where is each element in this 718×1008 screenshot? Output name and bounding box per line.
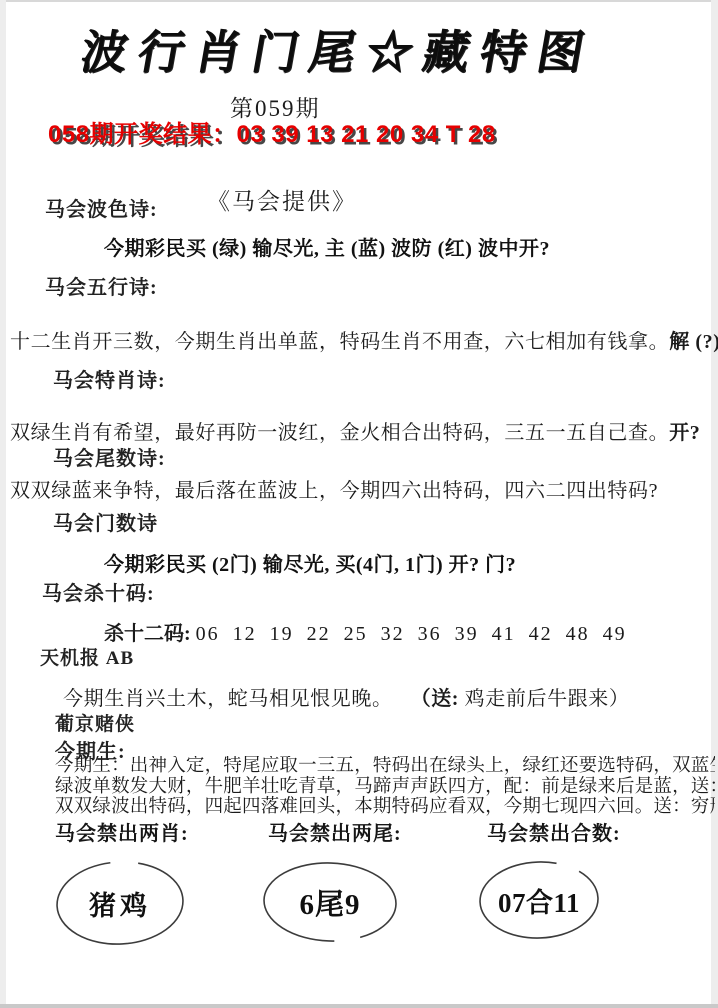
poem-wuxing-answer: 解 (?) (669, 331, 718, 353)
sha12-numbers: 06 12 19 22 25 32 36 39 41 42 48 49 (196, 623, 627, 645)
forbidden-hesum-value: 07合11 (477, 859, 601, 941)
section-label-pujing: 葡京赌侠 (55, 709, 135, 736)
forbidden-hesum-oval: 07合11 (477, 859, 601, 941)
previous-draw-result: 058期开奖结果：03 39 13 21 20 34 T 28 (48, 114, 496, 149)
section-label-weishu: 马会尾数诗: (53, 442, 166, 471)
pujing-line-2: 绿波单数发大财，牛肥羊壮吃青草，马蹄声声跃四方，配：前是绿来后是蓝，送： (55, 777, 715, 798)
poem-wuxing-text: 十二生肖开三数，今期生肖出单蓝，特码生肖不用查，六七相加有钱拿。 (10, 331, 669, 353)
forbidden-two-wei-oval: 6尾9 (261, 860, 399, 944)
poem-texiao: 双绿生肖有希望，最好再防一波红，金火相合出特码，三五一五自己查。开? (10, 416, 700, 445)
poem-texiao-answer: 开? (669, 422, 700, 444)
page-top-edge (0, 0, 718, 2)
poem-bose: 今期彩民买 (绿) 输尽光, 主 (蓝) 波防 (红) 波中开? (104, 232, 550, 261)
poem-texiao-text: 双绿生肖有希望，最好再防一波红，金火相合出特码，三五一五自己查。 (10, 422, 669, 444)
poem-weishu: 双双绿蓝来争特，最后落在蓝波上，今期四六出特码，四六二四出特码? (10, 474, 658, 503)
forbidden-two-xiao-label: 马会禁出两肖: (55, 817, 189, 846)
section-label-menshu: 马会门数诗 (53, 507, 158, 536)
page-right-edge (711, 0, 718, 1008)
page-bottom-edge (0, 1004, 718, 1008)
section-label-tianji: 天机报 AB (40, 643, 134, 670)
sha12-row: 杀十二码: 06 12 19 22 25 32 36 39 41 42 48 4… (104, 617, 627, 646)
forbidden-two-xiao-oval: 猪鸡 (53, 858, 187, 948)
tianji-gift-text: 鸡走前后牛跟来） (459, 688, 629, 710)
tianji-line: 今期生肖兴土木，蛇马相见恨见晚。（送: 鸡走前后牛跟来） (63, 682, 629, 711)
forbidden-two-wei-label: 马会禁出两尾: (268, 817, 402, 846)
pujing-line-1: 今期生：出神入定，特尾应取一三五，特码出在绿头上，绿红还要选特码，双蓝生肖它最 (55, 756, 715, 777)
section-label-wuxing: 马会五行诗: (45, 271, 158, 300)
tianji-text: 今期生肖兴土木，蛇马相见恨见晚。 (63, 688, 393, 710)
pujing-line-3: 双双绿波出特码，四起四落难回头，本期特码应看双，今期七现四六回。送：穷形极相 (55, 797, 715, 818)
page-left-edge (0, 0, 6, 1008)
tip-sheet-page: 波行肖门尾☆藏特图 第059期 058期开奖结果：03 39 13 21 20 … (0, 0, 718, 1008)
pujing-paragraph: 今期生：出神入定，特尾应取一三五，特码出在绿头上，绿红还要选特码，双蓝生肖它最 … (55, 756, 715, 818)
forbidden-two-wei-value: 6尾9 (261, 860, 399, 944)
forbidden-hesum-label: 马会禁出合数: (487, 817, 621, 846)
section-label-shashima: 马会杀十码: (42, 577, 155, 606)
masthead-title: 波行肖门尾☆藏特图 (76, 16, 633, 82)
sha12-label: 杀十二码: (104, 623, 191, 645)
poem-menshu: 今期彩民买 (2门) 输尽光, 买(4门, 1门) 开? 门? (104, 548, 516, 577)
section-label-texiao: 马会特肖诗: (53, 364, 166, 393)
provider-line: 《马会提供》 (207, 183, 357, 216)
section-label-bose: 马会波色诗: (45, 193, 158, 222)
poem-wuxing: 十二生肖开三数，今期生肖出单蓝，特码生肖不用查，六七相加有钱拿。解 (?) (10, 325, 718, 354)
tianji-gift-label: （送: (421, 688, 459, 710)
forbidden-two-xiao-value: 猪鸡 (53, 858, 187, 948)
